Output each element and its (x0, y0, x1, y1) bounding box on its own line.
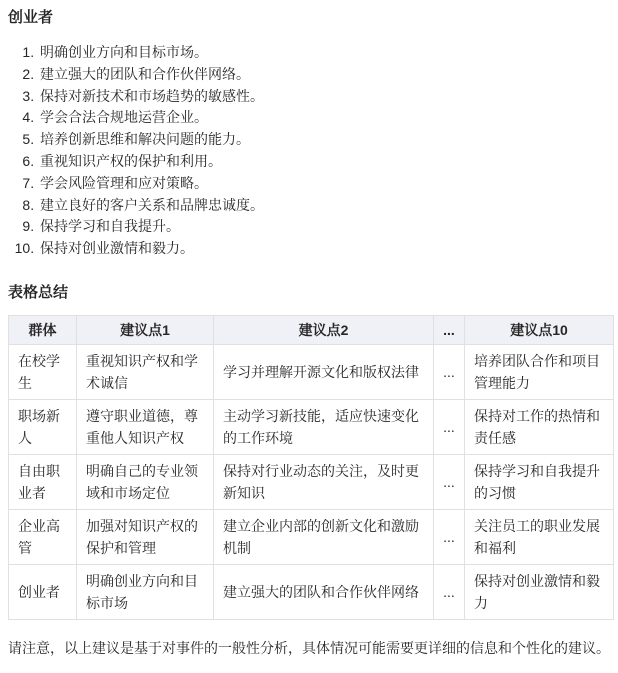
table-cell-ellipsis: ... (434, 399, 465, 454)
list-item: 建立良好的客户关系和品牌忠诚度。 (38, 195, 610, 217)
table-cell: 企业高管 (9, 509, 77, 564)
table-row: 自由职业者 明确自己的专业领域和市场定位 保持对行业动态的关注，及时更新知识 .… (9, 454, 614, 509)
disclaimer-note: 请注意，以上建议是基于对事件的一般性分析，具体情况可能需要更详细的信息和个性化的… (8, 636, 610, 661)
table-cell: 培养团队合作和项目管理能力 (465, 344, 614, 399)
table-cell-ellipsis: ... (434, 344, 465, 399)
list-item: 明确创业方向和目标市场。 (38, 42, 610, 64)
list-item: 学会合法合规地运营企业。 (38, 107, 610, 129)
table-cell: 重视知识产权和学术诚信 (77, 344, 214, 399)
list-item: 培养创新思维和解决问题的能力。 (38, 129, 610, 151)
column-header-group: 群体 (9, 315, 77, 344)
table-cell: 保持学习和自我提升的习惯 (465, 454, 614, 509)
table-cell: 关注员工的职业发展和福利 (465, 509, 614, 564)
table-cell: 保持对创业激情和毅力 (465, 564, 614, 619)
table-row: 职场新人 遵守职业道德，尊重他人知识产权 主动学习新技能，适应快速变化的工作环境… (9, 399, 614, 454)
table-cell: 职场新人 (9, 399, 77, 454)
table-cell: 明确自己的专业领域和市场定位 (77, 454, 214, 509)
table-row: 创业者 明确创业方向和目标市场 建立强大的团队和合作伙伴网络 ... 保持对创业… (9, 564, 614, 619)
table-cell: 在校学生 (9, 344, 77, 399)
table-row: 企业高管 加强对知识产权的保护和管理 建立企业内部的创新文化和激励机制 ... … (9, 509, 614, 564)
table-cell: 主动学习新技能，适应快速变化的工作环境 (214, 399, 434, 454)
column-header-point2: 建议点2 (214, 315, 434, 344)
table-cell: 保持对行业动态的关注，及时更新知识 (214, 454, 434, 509)
list-item: 学会风险管理和应对策略。 (38, 173, 610, 195)
table-cell: 创业者 (9, 564, 77, 619)
table-header-row: 群体 建议点1 建议点2 ... 建议点10 (9, 315, 614, 344)
table-row: 在校学生 重视知识产权和学术诚信 学习并理解开源文化和版权法律 ... 培养团队… (9, 344, 614, 399)
table-cell-ellipsis: ... (434, 454, 465, 509)
table-cell: 学习并理解开源文化和版权法律 (214, 344, 434, 399)
table-cell-ellipsis: ... (434, 509, 465, 564)
column-header-point10: 建议点10 (465, 315, 614, 344)
list-item: 保持学习和自我提升。 (38, 216, 610, 238)
list-item: 重视知识产权的保护和利用。 (38, 151, 610, 173)
advice-list: 明确创业方向和目标市场。 建立强大的团队和合作伙伴网络。 保持对新技术和市场趋势… (8, 42, 610, 260)
table-cell: 自由职业者 (9, 454, 77, 509)
table-cell: 遵守职业道德，尊重他人知识产权 (77, 399, 214, 454)
table-cell: 建立强大的团队和合作伙伴网络 (214, 564, 434, 619)
table-cell: 保持对工作的热情和责任感 (465, 399, 614, 454)
section-title-table-summary: 表格总结 (8, 284, 610, 302)
column-header-point1: 建议点1 (77, 315, 214, 344)
table-cell: 明确创业方向和目标市场 (77, 564, 214, 619)
table-cell: 建立企业内部的创新文化和激励机制 (214, 509, 434, 564)
list-item: 保持对新技术和市场趋势的敏感性。 (38, 86, 610, 108)
summary-table: 群体 建议点1 建议点2 ... 建议点10 在校学生 重视知识产权和学术诚信 … (8, 315, 614, 620)
list-item: 建立强大的团队和合作伙伴网络。 (38, 64, 610, 86)
column-header-ellipsis: ... (434, 315, 465, 344)
table-cell-ellipsis: ... (434, 564, 465, 619)
list-item: 保持对创业激情和毅力。 (38, 238, 610, 260)
table-cell: 加强对知识产权的保护和管理 (77, 509, 214, 564)
section-title-entrepreneur: 创业者 (8, 9, 610, 27)
